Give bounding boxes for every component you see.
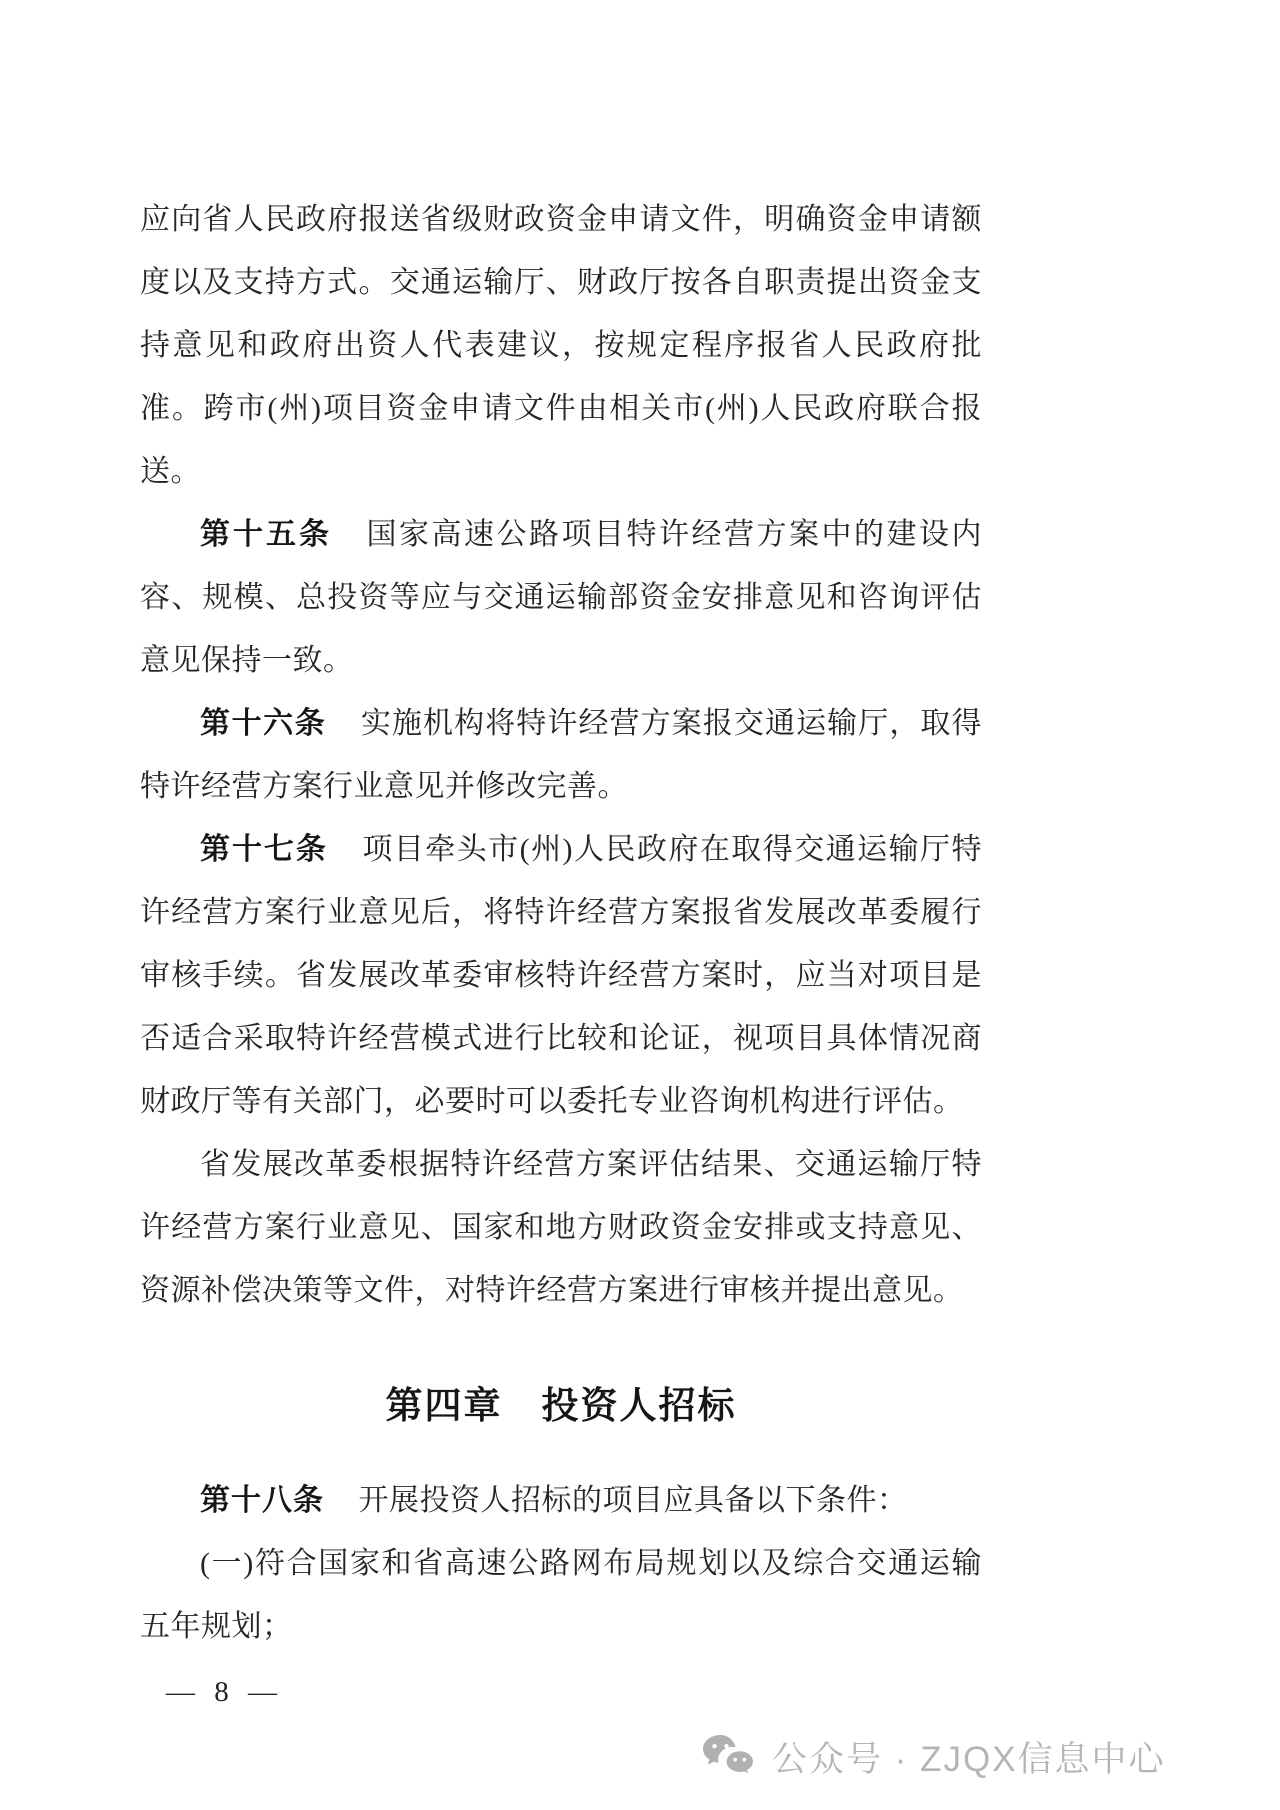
paragraph-text: 开展投资人招标的项目应具备以下条件：	[359, 1484, 908, 1517]
wechat-icon	[700, 1733, 756, 1781]
footer-brand: 公众号 · ZJQX信息中心	[700, 1732, 1166, 1782]
chapter-heading: 第四章 投资人招标	[140, 1374, 982, 1437]
paragraph-text: 应向省人民政府报送省级财政资金申请文件，明确资金申请额度以及支持方式。交通运输厅…	[140, 203, 982, 488]
article-number: 第十八条	[200, 1484, 324, 1517]
article-number: 第十六条	[200, 707, 326, 740]
paragraph: 第十八条开展投资人招标的项目应具备以下条件：	[140, 1469, 982, 1532]
paragraph-text: 项目牵头市(州)人民政府在取得交通运输厅特许经营方案行业意见后，将特许经营方案报…	[140, 833, 982, 1118]
paragraph: 第十七条项目牵头市(州)人民政府在取得交通运输厅特许经营方案行业意见后，将特许经…	[140, 818, 982, 1133]
paragraph-text: (一)符合国家和省高速公路网布局规划以及综合交通运输五年规划；	[140, 1547, 982, 1643]
article-number: 第十七条	[200, 833, 328, 866]
body-bottom: 第十八条开展投资人招标的项目应具备以下条件： (一)符合国家和省高速公路网布局规…	[140, 1469, 982, 1658]
footer-label: 公众号 · ZJQX信息中心	[772, 1732, 1166, 1782]
paragraph: (一)符合国家和省高速公路网布局规划以及综合交通运输五年规划；	[140, 1532, 982, 1658]
paragraph-text: 省发展改革委根据特许经营方案评估结果、交通运输厅特许经营方案行业意见、国家和地方…	[140, 1148, 982, 1307]
paragraph: 省发展改革委根据特许经营方案评估结果、交通运输厅特许经营方案行业意见、国家和地方…	[140, 1133, 982, 1322]
document-page: 应向省人民政府报送省级财政资金申请文件，明确资金申请额度以及支持方式。交通运输厅…	[0, 0, 1280, 1810]
text-column: 应向省人民政府报送省级财政资金申请文件，明确资金申请额度以及支持方式。交通运输厅…	[140, 188, 982, 1714]
paragraph: 第十五条国家高速公路项目特许经营方案中的建设内容、规模、总投资等应与交通运输部资…	[140, 503, 982, 692]
page-number: — 8 —	[166, 1670, 982, 1714]
paragraph: 第十六条实施机构将特许经营方案报交通运输厅，取得特许经营方案行业意见并修改完善。	[140, 692, 982, 818]
body-top: 应向省人民政府报送省级财政资金申请文件，明确资金申请额度以及支持方式。交通运输厅…	[140, 188, 982, 1322]
article-number: 第十五条	[200, 518, 332, 551]
paragraph: 应向省人民政府报送省级财政资金申请文件，明确资金申请额度以及支持方式。交通运输厅…	[140, 188, 982, 503]
